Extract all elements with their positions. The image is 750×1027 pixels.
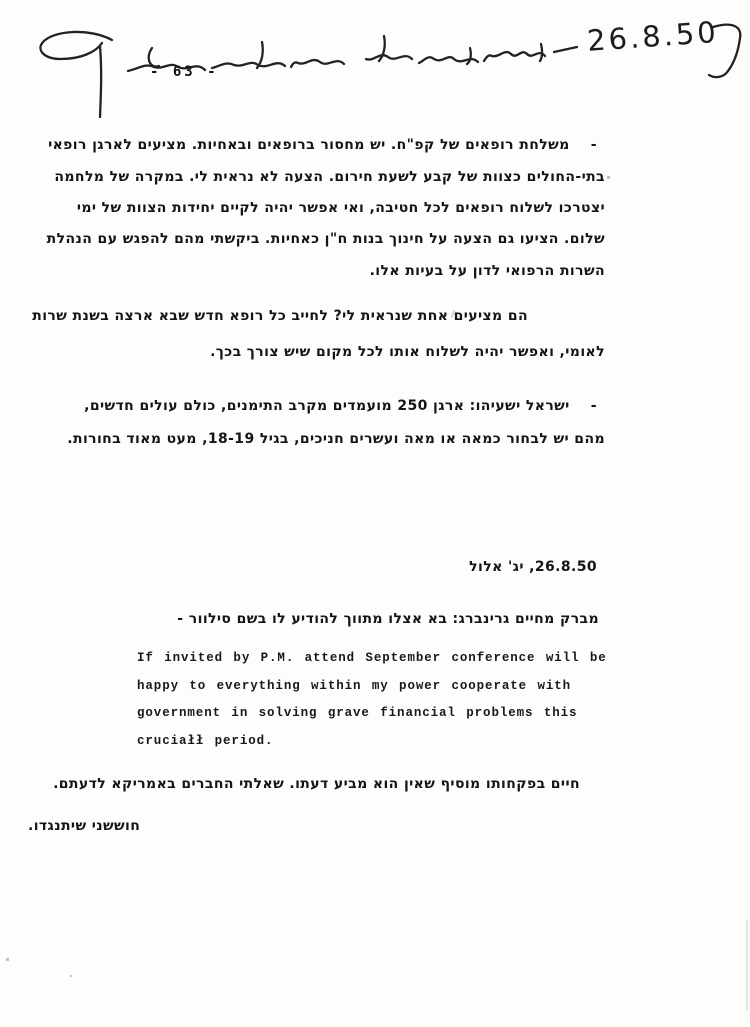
scan-artifact xyxy=(6,958,9,961)
paragraph-3-line-1: - ישראל ישעיהו: ארגן 250 מועמדים מקרב הת… xyxy=(84,398,597,414)
page-number: - 63 - xyxy=(150,64,219,80)
telegram-english-line-2: happy to everything within my power coop… xyxy=(137,679,571,693)
paragraph-1-line-2: בתי-החולים כצוות של קבע לשעת חירום. הצעה… xyxy=(54,169,605,185)
handwritten-dash xyxy=(554,47,577,52)
scan-artifact xyxy=(607,176,610,179)
closing-line-1: חיים בפקחותו מוסיף שאין הוא מביע דעתו. ש… xyxy=(53,776,580,792)
paragraph-3-line-2: מהם יש לבחור כמאה או מאה ועשרים חניכים, … xyxy=(67,431,605,447)
paragraph-1-line-5: השרות הרפואי לדון על בעיות אלו. xyxy=(370,263,605,279)
paragraph-1-line-4: שלום. הציעו גם הצעה על חינוך בנות ח"ן כא… xyxy=(47,231,605,247)
scanned-document-page: 26.8.50 - 63 - - משלחת רופאים של קפ"ח. י… xyxy=(0,0,750,1027)
telegram-intro-line: מברק מחיים גרינברג: בא אצלו מתווך להודיע… xyxy=(177,611,599,627)
entry-date-line: 26.8.50, יג' אלול xyxy=(469,559,597,575)
scan-edge-artifact xyxy=(746,920,748,1010)
handwritten-left-bracket xyxy=(40,32,112,117)
telegram-english-line-1: If invited by P.M. attend September conf… xyxy=(137,651,607,665)
paragraph-2-line-2: לאומי, ואפשר יהיה לשלוח אותו לכל מקום שי… xyxy=(210,344,605,360)
telegram-english-line-3: government in solving grave financial pr… xyxy=(137,706,577,720)
telegram-english-line-4: cruciałł period. xyxy=(137,734,273,748)
scan-artifact xyxy=(70,975,72,977)
paragraph-1-line-3: יצטרכו לשלוח רופאים לכל חטיבה, ואי אפשר … xyxy=(77,200,605,216)
closing-line-2: חוששני שיתנגדו. xyxy=(28,818,140,834)
paragraph-1-line-1: - משלחת רופאים של קפ"ח. יש מחסור ברופאים… xyxy=(48,137,597,153)
